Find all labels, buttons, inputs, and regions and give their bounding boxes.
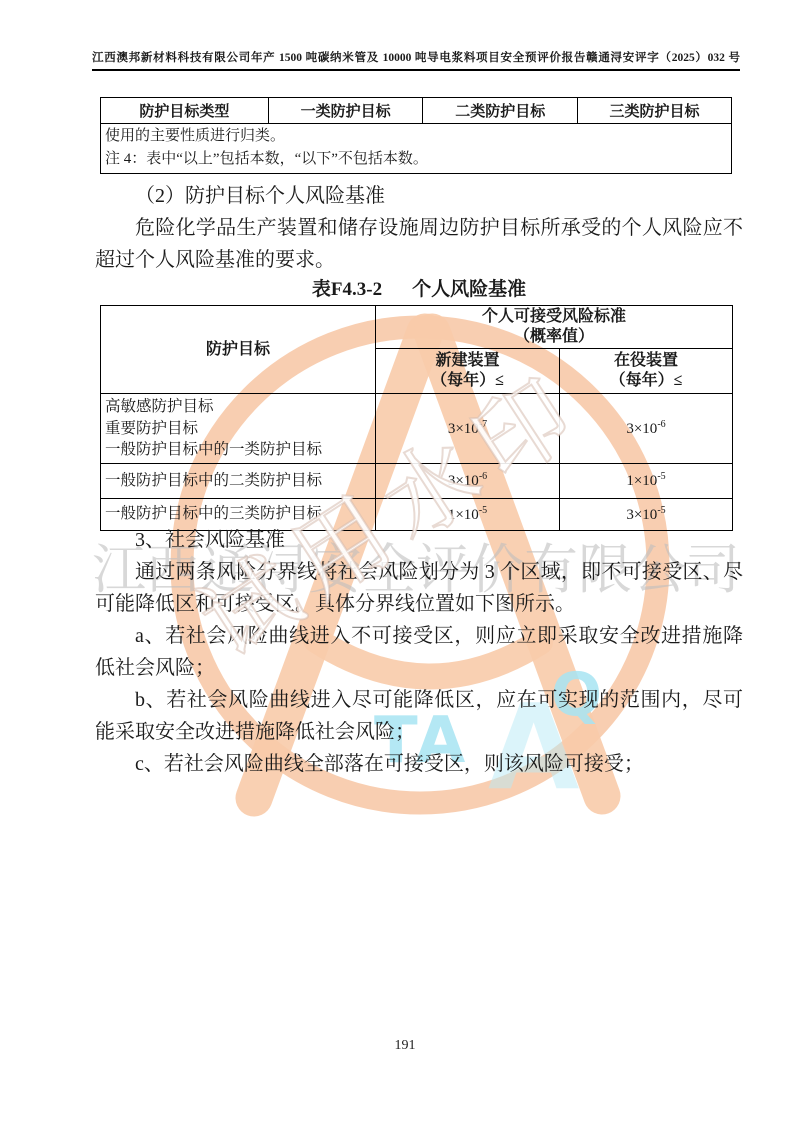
classification-header-row: 防护目标类型 一类防护目标 二类防护目标 三类防护目标: [101, 98, 732, 124]
value-base: 3×10: [448, 473, 479, 489]
note-line-2: 注 4：表中“以上”包括本数，“以下”不包括本数。: [105, 148, 727, 171]
risk-row1-label-line1: 高敏感防护目标: [105, 396, 371, 418]
section3-paragraph-c: c、若社会风险曲线全部落在可接受区，则该风险可接受；: [95, 748, 743, 780]
risk-col-header-target: 防护目标: [101, 306, 376, 394]
table-caption-label: 表F4.3-2: [312, 279, 382, 300]
value-exponent: -5: [657, 505, 665, 516]
value-base: 3×10: [448, 421, 479, 437]
value-exponent: -6: [657, 419, 665, 430]
risk-row1-new-value: 3×10-7: [376, 394, 560, 464]
individual-risk-table: 防护目标 个人可接受风险标准 （概率值） 新建装置 （每年）≤ 在役装置 （每年…: [100, 305, 733, 531]
table-row: 一般防护目标中的二类防护目标 3×10-6 1×10-5: [101, 463, 733, 498]
value-base: 1×10: [626, 473, 657, 489]
risk-subheader-new-line1: 新建装置: [376, 351, 559, 371]
page-number: 191: [95, 1038, 715, 1054]
value-base: 3×10: [626, 421, 657, 437]
value-exponent: -7: [479, 419, 487, 430]
col-header-target-type: 防护目标类型: [101, 98, 269, 124]
risk-subheader-new: 新建装置 （每年）≤: [376, 349, 560, 394]
risk-row2-label: 一般防护目标中的二类防护目标: [101, 463, 376, 498]
col-header-class3: 三类防护目标: [578, 98, 732, 124]
section2-block: （2）防护目标个人风险基准 危险化学品生产装置和储存设施周边防护目标所承受的个人…: [95, 180, 743, 276]
section2-body: 危险化学品生产装置和储存设施周边防护目标所承受的个人风险应不超过个人风险基准的要…: [95, 212, 743, 276]
section2-heading: （2）防护目标个人风险基准: [95, 180, 743, 212]
section3-block: 3、社会风险基准 通过两条风险分界线将社会风险划分为 3 个区域，即不可接受区、…: [95, 524, 743, 780]
section3-paragraph-1: 通过两条风险分界线将社会风险划分为 3 个区域，即不可接受区、尽可能降低区和可接…: [95, 556, 743, 620]
risk-group-header: 个人可接受风险标准 （概率值）: [376, 306, 733, 349]
value-exponent: -6: [479, 471, 487, 482]
protection-target-classification-table: 防护目标类型 一类防护目标 二类防护目标 三类防护目标 使用的主要性质进行归类。…: [100, 97, 732, 174]
risk-row1-label-line3: 一般防护目标中的一类防护目标: [105, 439, 371, 461]
risk-row2-inservice-value: 1×10-5: [560, 463, 733, 498]
risk-row1-label-line2: 重要防护目标: [105, 418, 371, 440]
risk-table-group-header-row: 防护目标 个人可接受风险标准 （概率值）: [101, 306, 733, 349]
risk-row2-new-value: 3×10-6: [376, 463, 560, 498]
col-header-class2: 二类防护目标: [423, 98, 578, 124]
table-caption: 表F4.3-2个人风险基准: [95, 274, 743, 301]
value-base: 1×10: [448, 507, 479, 523]
risk-subheader-inservice-line1: 在役装置: [560, 351, 732, 371]
classification-note-row: 使用的主要性质进行归类。 注 4：表中“以上”包括本数，“以下”不包括本数。: [101, 124, 732, 174]
section3-paragraph-b: b、若社会风险曲线进入尽可能降低区，应在可实现的范围内，尽可能采取安全改进措施降…: [95, 684, 743, 748]
risk-subheader-new-line2: （每年）≤: [376, 371, 559, 391]
value-base: 3×10: [626, 507, 657, 523]
risk-group-header-line2: （概率值）: [376, 327, 732, 347]
risk-group-header-line1: 个人可接受风险标准: [376, 307, 732, 327]
value-exponent: -5: [479, 505, 487, 516]
page-header: 江西澳邦新材料科技有限公司年产 1500 吨碳纳米管及 10000 吨导电浆料项…: [92, 50, 740, 71]
note-line-1: 使用的主要性质进行归类。: [105, 125, 727, 148]
table-caption-title: 个人风险基准: [412, 279, 526, 300]
risk-subheader-inservice: 在役装置 （每年）≤: [560, 349, 733, 394]
value-exponent: -5: [657, 471, 665, 482]
table-row: 高敏感防护目标 重要防护目标 一般防护目标中的一类防护目标 3×10-7 3×1…: [101, 394, 733, 464]
risk-row1-inservice-value: 3×10-6: [560, 394, 733, 464]
section3-paragraph-a: a、若社会风险曲线进入不可接受区，则应立即采取安全改进措施降低社会风险；: [95, 620, 743, 684]
document-page: 江西通浔安全评价有限公司 A Q TA 江西澳邦新材料科技有限公司年产 1500…: [0, 0, 793, 1122]
col-header-class1: 一类防护目标: [268, 98, 423, 124]
risk-row1-label: 高敏感防护目标 重要防护目标 一般防护目标中的一类防护目标: [101, 394, 376, 464]
risk-subheader-inservice-line2: （每年）≤: [560, 371, 732, 391]
section3-heading: 3、社会风险基准: [95, 524, 743, 556]
classification-note-cell: 使用的主要性质进行归类。 注 4：表中“以上”包括本数，“以下”不包括本数。: [101, 124, 732, 174]
